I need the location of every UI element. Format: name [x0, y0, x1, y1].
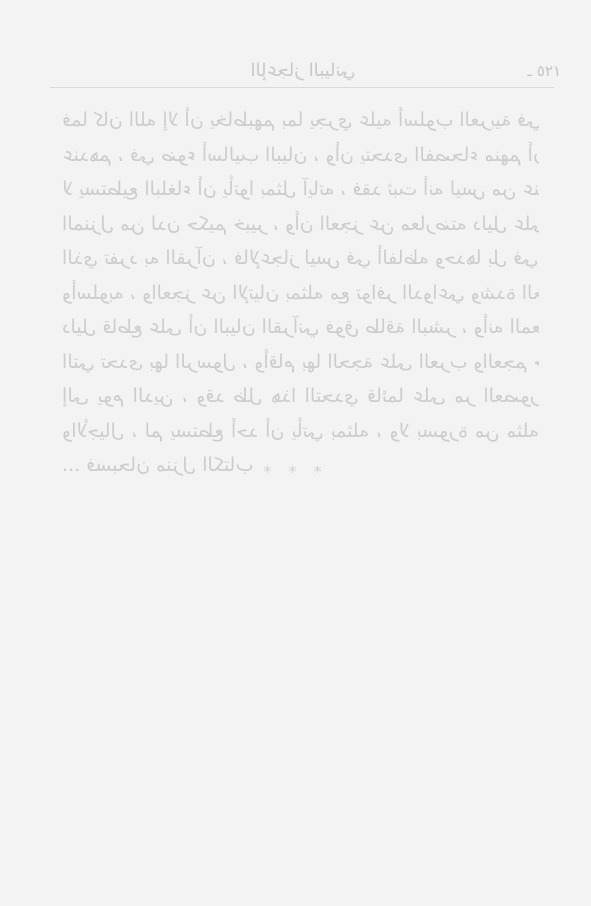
running-header: الإعجاز البياني ٥٢١ ـ — [45, 60, 561, 88]
running-header-title: الإعجاز البياني — [45, 60, 561, 81]
text-line: والأجيال ، لم يستطع أحد أن يأتي بمثله ، … — [62, 414, 539, 449]
text-line: إلى يوم الدين ، وقد ظل هذا التحدي قائما … — [62, 379, 539, 414]
text-line: دليل قاطع على أن البيان القرآني فوق طاقة… — [62, 310, 539, 345]
text-line: المنزل من لدن حكيم خبير ، وأن العجز عن م… — [62, 207, 539, 242]
section-separator-asterisks: * * * — [0, 462, 591, 481]
page-number: ٥٢١ ـ — [528, 62, 561, 80]
text-line: عندهم ، في ضوء أساليب البيان ، وأن يتحدى… — [62, 138, 539, 173]
header-divider — [50, 87, 554, 88]
text-line: التي تحدى بها الرسول ، وأقام بها الحجة ع… — [62, 345, 539, 380]
body-text: فما كان الله إلا أن يخاطبهم بما يجري علي… — [62, 103, 539, 483]
text-line: وأسلوبه ، والعجز عن الإتيان بمثله مع توا… — [62, 276, 539, 311]
text-line: لا يستطيع البلغاء أن يأتوا بمثل آياته ، … — [62, 172, 539, 207]
text-line: فما كان الله إلا أن يخاطبهم بما يجري علي… — [62, 103, 539, 138]
text-line: الذي تفرد به القرآن ، فالإعجاز ليس في أل… — [62, 241, 539, 276]
book-page: الإعجاز البياني ٥٢١ ـ فما كان الله إلا أ… — [0, 0, 591, 906]
